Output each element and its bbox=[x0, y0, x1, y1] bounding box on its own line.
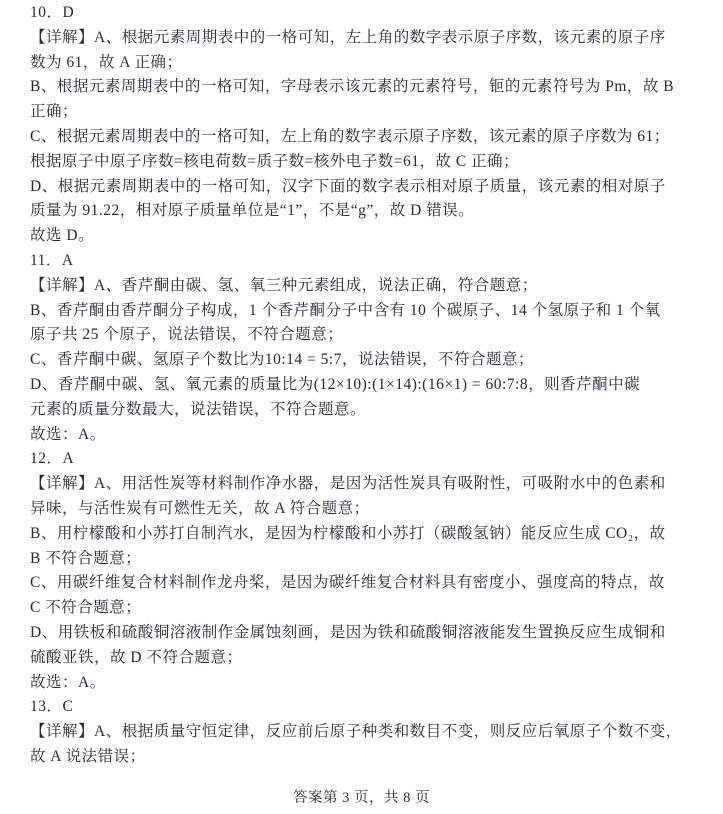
explanation-line: D、用铁板和硫酸铜溶液制作金属蚀刻画，是因为铁和硫酸铜溶液能发生置换反应生成铜和 bbox=[30, 621, 695, 646]
explanation-line: 【详解】A、根据质量守恒定律，反应前后原子种类和数目不变，则反应后氧原子个数不变… bbox=[30, 720, 695, 745]
explanation-line: 原子共 25 个原子，说法错误，不符合题意； bbox=[30, 323, 695, 348]
explanation-line: 根据原子中原子序数=核电荷数=质子数=核外电子数=61，故 C 正确； bbox=[30, 150, 695, 175]
explanation-line: 质量为 91.22，相对原子质量单位是“1”，不是“g”，故 D 错误。 bbox=[30, 199, 695, 224]
explanation-formula-line: D、香芹酮中碳、氢、氧元素的质量比为(12×10):(1×14):(16×1) … bbox=[30, 373, 695, 398]
explanation-line: D、根据元素周期表中的一格可知，汉字下面的数字表示相对原子质量，该元素的相对原子 bbox=[30, 175, 695, 200]
question-11-answer: 11．A bbox=[30, 249, 695, 274]
question-13-block: 13．C 【详解】A、根据质量守恒定律，反应前后原子种类和数目不变，则反应后氧原… bbox=[30, 695, 695, 769]
explanation-line: B、根据元素周期表中的一格可知，字母表示该元素的元素符号，钷的元素符号为 Pm，… bbox=[30, 75, 695, 100]
explanation-line: 故 A 说法错误； bbox=[30, 745, 695, 770]
explanation-line: C、用碳纤维复合材料制作龙舟桨，是因为碳纤维复合材料具有密度小、强度高的特点，故 bbox=[30, 571, 695, 596]
question-10-answer: 10．D bbox=[30, 1, 695, 26]
explanation-line: 【详解】A、香芹酮由碳、氢、氧三种元素组成，说法正确，符合题意； bbox=[30, 274, 695, 299]
question-11-block: 11．A 【详解】A、香芹酮由碳、氢、氧三种元素组成，说法正确，符合题意； B、… bbox=[30, 249, 695, 447]
explanation-line: 【详解】A、根据元素周期表中的一格可知，左上角的数字表示原子序数，该元素的原子序 bbox=[30, 26, 695, 51]
question-13-answer: 13．C bbox=[30, 695, 695, 720]
explanation-line: C、根据元素周期表中的一格可知，左上角的数字表示原子序数，该元素的原子序数为 6… bbox=[30, 125, 695, 150]
explanation-line: 硫酸亚铁，故 D 不符合题意； bbox=[30, 646, 695, 671]
explanation-line: 异味，与活性炭有可燃性无关，故 A 符合题意； bbox=[30, 497, 695, 522]
explanation-line: C 不符合题意； bbox=[30, 596, 695, 621]
explanation-line: B、用柠檬酸和小苏打自制汽水，是因为柠檬酸和小苏打（碳酸氢钠）能反应生成 CO₂… bbox=[30, 522, 695, 547]
page-footer: 答案第 3 页，共 8 页 bbox=[0, 786, 723, 810]
explanation-line: B、香芹酮由香芹酮分子构成，1 个香芹酮分子中含有 10 个碳原子、14 个氢原… bbox=[30, 299, 695, 324]
explanation-line: 元素的质量分数最大，说法错误，不符合题意。 bbox=[30, 398, 695, 423]
answer-document-page: 10．D 【详解】A、根据元素周期表中的一格可知，左上角的数字表示原子序数，该元… bbox=[0, 0, 723, 814]
conclusion-line: 故选：A。 bbox=[30, 423, 695, 448]
explanation-line: C、香芹酮中碳、氢原子个数比为10:14 = 5:7，说法错误，不符合题意； bbox=[30, 348, 695, 373]
conclusion-line: 故选 D。 bbox=[30, 224, 695, 249]
question-10-block: 10．D 【详解】A、根据元素周期表中的一格可知，左上角的数字表示原子序数，该元… bbox=[30, 1, 695, 249]
question-12-answer: 12．A bbox=[30, 447, 695, 472]
question-12-block: 12．A 【详解】A、用活性炭等材料制作净水器，是因为活性炭具有吸附性，可吸附水… bbox=[30, 447, 695, 695]
explanation-line: 【详解】A、用活性炭等材料制作净水器，是因为活性炭具有吸附性，可吸附水中的色素和 bbox=[30, 472, 695, 497]
explanation-line: B 不符合题意； bbox=[30, 547, 695, 572]
explanation-line: 数为 61，故 A 正确； bbox=[30, 51, 695, 76]
explanation-line: 正确； bbox=[30, 100, 695, 125]
conclusion-line: 故选：A。 bbox=[30, 671, 695, 696]
